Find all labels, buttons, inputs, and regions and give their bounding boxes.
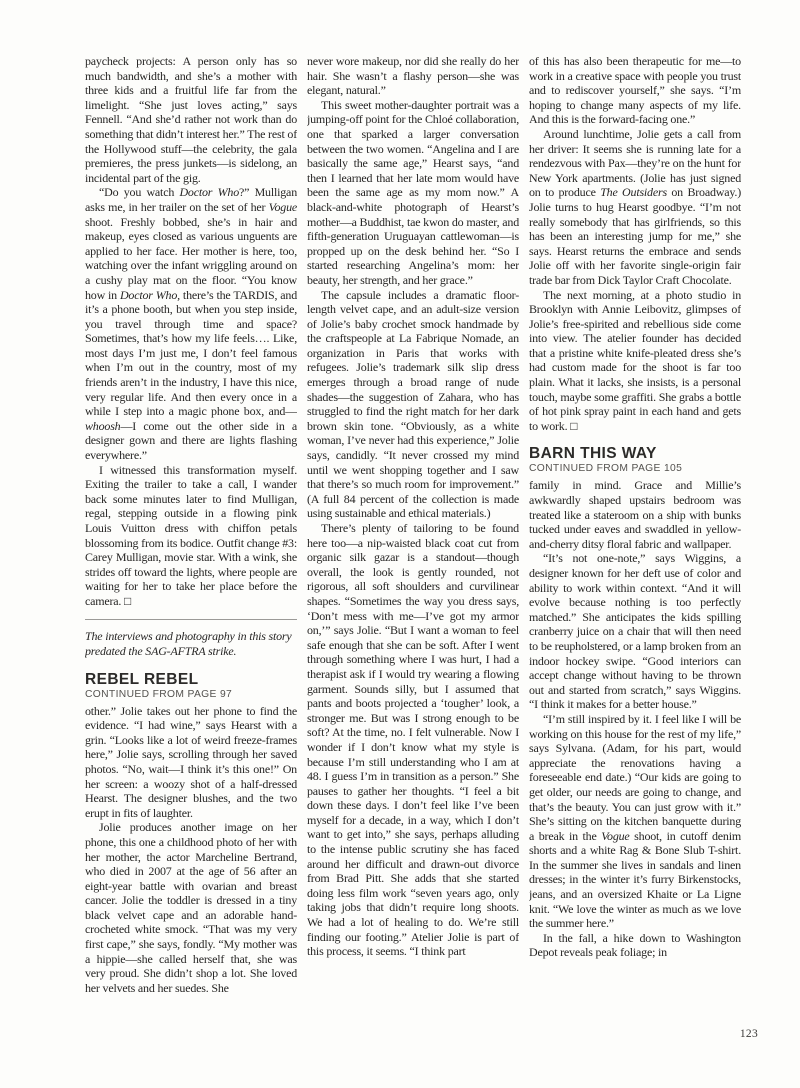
paragraph: The capsule includes a dramatic floor-le… bbox=[307, 288, 519, 522]
paragraph: never wore makeup, nor did she really do… bbox=[307, 54, 519, 98]
paragraph: family in mind. Grace and Millie’s awkwa… bbox=[529, 478, 741, 551]
column-middle: never wore makeup, nor did she really do… bbox=[307, 54, 519, 1010]
paragraph: “I’m still inspired by it. I feel like I… bbox=[529, 712, 741, 931]
paragraph: Around lunchtime, Jolie gets a call from… bbox=[529, 127, 741, 288]
paragraph: The next morning, at a photo studio in B… bbox=[529, 288, 741, 434]
editors-note: The interviews and photography in this s… bbox=[85, 629, 297, 659]
paragraph: This sweet mother-daughter portrait was … bbox=[307, 98, 519, 288]
article-heading-rebel-rebel: REBEL REBEL bbox=[85, 671, 297, 688]
paragraph: I witnessed this transformation myself. … bbox=[85, 463, 297, 609]
column-right: of this has also been therapeutic for me… bbox=[529, 54, 741, 1010]
paragraph: “Do you watch Doctor Who?” Mulligan asks… bbox=[85, 185, 297, 462]
magazine-page: paycheck projects: A person only has so … bbox=[0, 0, 800, 1088]
paragraph: of this has also been therapeutic for me… bbox=[529, 54, 741, 127]
paragraph: There’s plenty of tailoring to be found … bbox=[307, 521, 519, 959]
paragraph: “It’s not one-note,” says Wiggins, a des… bbox=[529, 551, 741, 712]
section-divider bbox=[85, 619, 297, 620]
paragraph: Jolie produces another image on her phon… bbox=[85, 820, 297, 995]
continued-from-page-105: CONTINUED FROM PAGE 105 bbox=[529, 463, 741, 475]
column-left: paycheck projects: A person only has so … bbox=[85, 54, 297, 1010]
page-number: 123 bbox=[740, 1028, 758, 1040]
paragraph: In the fall, a hike down to Washington D… bbox=[529, 931, 741, 960]
article-columns: paycheck projects: A person only has so … bbox=[85, 54, 741, 1010]
paragraph: other.” Jolie takes out her phone to fin… bbox=[85, 704, 297, 821]
article-heading-barn-this-way: BARN THIS WAY bbox=[529, 445, 741, 462]
continued-from-page-97: CONTINUED FROM PAGE 97 bbox=[85, 689, 297, 701]
paragraph: paycheck projects: A person only has so … bbox=[85, 54, 297, 185]
